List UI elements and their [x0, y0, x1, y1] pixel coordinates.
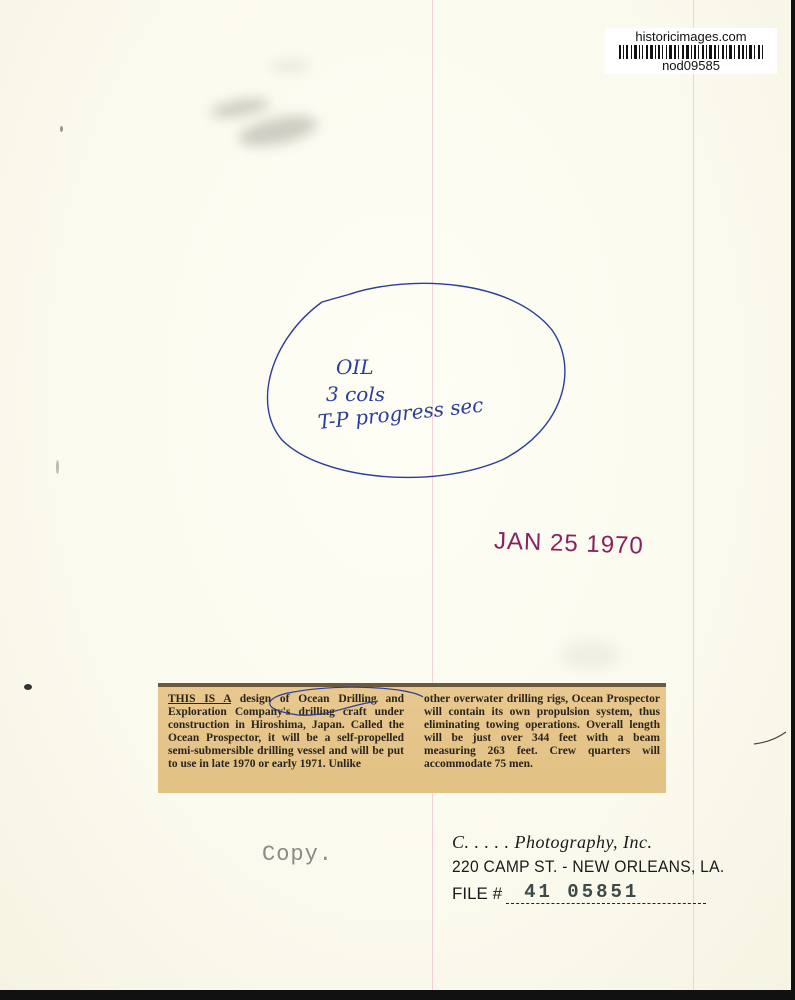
handwritten-line: 3 cols: [326, 382, 385, 406]
pencil-smudge: [209, 95, 271, 121]
file-number-line: 41 05851: [506, 883, 706, 904]
studio-stamp: C. . . . . Photography, Inc. 220 CAMP ST…: [452, 832, 748, 904]
file-number: 41 05851: [524, 881, 639, 903]
ink-speck: [24, 684, 32, 690]
studio-address: 220 CAMP ST. - NEW ORLEANS, LA.: [452, 857, 724, 877]
pencil-smudge: [270, 60, 310, 72]
ink-speck: [60, 126, 63, 132]
barcode-label: historicimages.com nod09585: [605, 28, 777, 74]
handwritten-line: OIL: [336, 355, 374, 379]
newspaper-clipping: THIS IS A design of Ocean Drilling and E…: [158, 683, 666, 793]
pencil-stroke: [752, 728, 792, 748]
barcode-icon: [619, 45, 763, 59]
barcode-site-text: historicimages.com: [605, 30, 777, 44]
studio-name: C. . . . . Photography, Inc.: [452, 832, 748, 853]
date-stamp: JAN 25 1970: [494, 527, 645, 560]
file-label: FILE #: [452, 884, 502, 904]
copy-stamp: Copy.: [262, 842, 333, 867]
clipping-pen-circle: [258, 685, 428, 719]
barcode-code: nod09585: [605, 59, 777, 73]
clipping-lead: THIS IS A: [168, 693, 231, 705]
file-number-row: FILE # 41 05851: [452, 883, 748, 904]
photo-back-paper: historicimages.com nod09585 OIL 3 cols T…: [0, 0, 791, 990]
fold-line: [432, 0, 433, 990]
pencil-smudge: [560, 640, 620, 670]
pencil-smudge: [236, 110, 320, 152]
ink-speck: [56, 460, 59, 474]
handwritten-oval: [262, 280, 572, 485]
clipping-column-right: other overwater drilling rigs, Ocean Pro…: [424, 693, 660, 771]
